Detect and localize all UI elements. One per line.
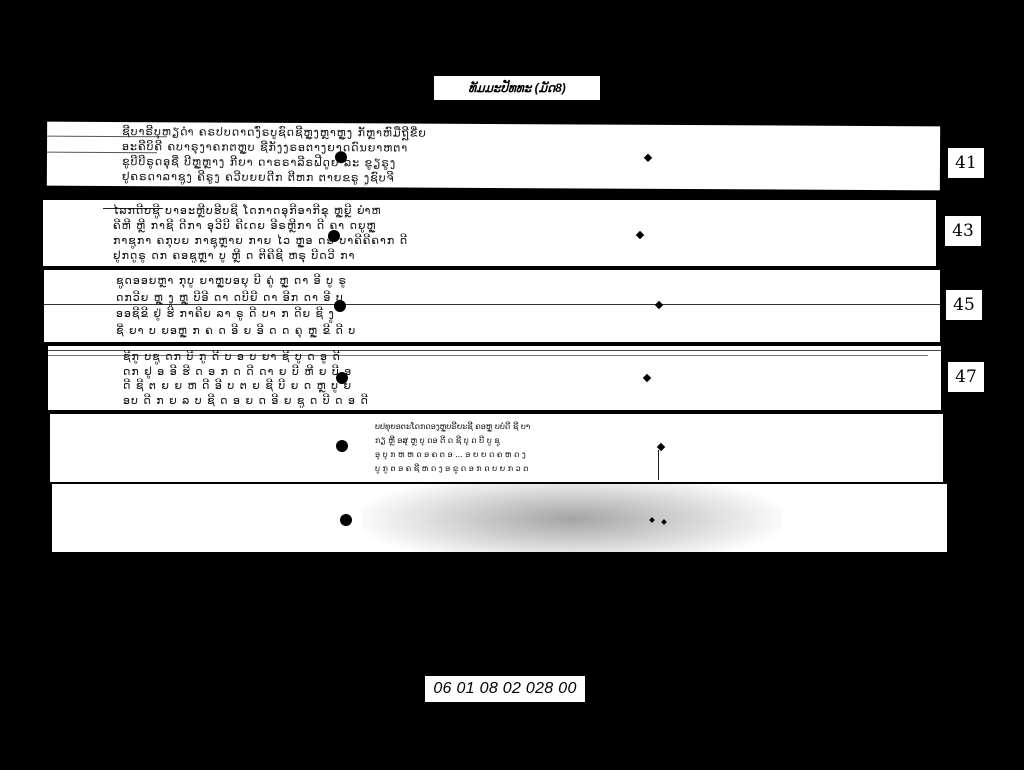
text-line: ໄລກດີບຊູີ ບາອະຫຼີບຮີບຊີ ໂດກາດອຸກີອາກີຂຸ …: [113, 204, 928, 218]
catalog-number-label: 06 01 08 02 028 00: [425, 676, 585, 702]
leaf-text: ຊີກູ ບຊູ ດກ ບີ ກູ ດີ ບ ອ ບ ຍາ ຊີ ບູ ດ ອູ…: [123, 350, 928, 408]
text-line: ຊີກູ ບຊູ ດກ ບີ ກູ ດີ ບ ອ ບ ຍາ ຊີ ບູ ດ ອູ…: [123, 350, 928, 364]
leaf-text: ບປທຸຍອຕະໂດກດອງຫຼູບຣີຍະຊີ ຄອຫຼູ ບບໍດີ ຊີ …: [375, 420, 655, 476]
palm-leaf-4: ຊີກູ ບຊູ ດກ ບີ ກູ ດີ ບ ອ ບ ຍາ ຊີ ບູ ດ ອູ…: [48, 346, 941, 410]
text-line: ຢູຄຣດາລາຊູງ ຄີຣູງ ຄວີບຍຍດີກ ຕີຫກ ຕາຍຂຣູ …: [122, 170, 932, 188]
text-line: ຊູດອອຍຫຼາ ກຸບູ ຍາຫຼູບອຍຸ ບີ ຄູ່ ຫຼູ ດາ ອ…: [116, 274, 931, 288]
palm-leaf-2: ໄລກດີບຊູີ ບາອະຫຼີບຮີບຊີ ໂດກາດອຸກີອາກີຂຸ …: [43, 200, 936, 266]
leaf-text: ຊູດອອຍຫຼາ ກຸບູ ຍາຫຼູບອຍຸ ບີ ຄູ່ ຫຼູ ດາ ອ…: [116, 273, 931, 339]
palm-leaf-6-blank: [52, 484, 947, 552]
text-line: ອອຊີຂີ ຢູ່ ຮີ ກາຄີຍ ລາ ຣູ ດີ ບາ ກ ດີຍ ຊີ…: [116, 307, 931, 321]
palm-leaf-1: ຊີບາຣີບຸຫຽດຳ ຄຣປບດາດງົ່ຣບູຊົດຊີຫຼູງຫຼາຫຼ…: [47, 122, 940, 191]
text-line: ອບ ດີ ກ ຍ ລ ບ ຊີ ດ ອ ຍ ດ ອີ ຍ ຊູ ດ ບີ ດ …: [123, 394, 928, 408]
leaf-text: ຊີບາຣີບຸຫຽດຳ ຄຣປບດາດງົ່ຣບູຊົດຊີຫຼູງຫຼາຫຼ…: [122, 124, 932, 188]
text-line: ຢູກດູຣູ ດກ ຄອຊູຫຼາ ບູ ຫຼີ ດ ຕີຄີຊີ ຫຣຸ ບ…: [113, 249, 928, 263]
leaf-text: ໄລກດີບຊູີ ບາອະຫຼີບຮີບຊີ ໂດກາດອຸກີອາກີຂຸ …: [113, 203, 928, 263]
text-line: ກາຊູກາ ຄກຸບຍ ກາຊຸຫຼາຍ ກາຍ ໄວ ຫຼູອ ດຣ ບາຄ…: [113, 234, 928, 248]
manuscript-title-label: ທັມມະປັທທະ (ມັດ8): [434, 76, 600, 100]
text-line: ດີ ຊີ ຕ ຍ ຍ ຫ ດີ ອີ ບ ຕ ຍ ຊີ ບີ ຍ ດ ຫຼ ບ…: [123, 379, 928, 393]
text-line: ດກ ຢູ ອ ອີ ຮີ ດ ອ ກ ດ ດີ ດາ ຍ ບີ ຫີ ຍ ບີ…: [123, 365, 928, 379]
binding-hole: [336, 440, 348, 452]
text-line: ບູ ກູ ຕ ອ ຄ ຊີ ຫ ດ ງ ອ ຂູ ດ ອ ກ ດ ບ ຍ ກ …: [375, 463, 655, 475]
text-line: ກຽ ຫຼີ ອສຸ ຫຼ ບຸ ດອ ຕີ ດ ຊີ ບຸ ດ ບີ ບູ ຊ…: [375, 435, 655, 447]
palm-leaf-5-colophon: ບປທຸຍອຕະໂດກດອງຫຼູບຣີຍະຊີ ຄອຫຼູ ບບໍດີ ຊີ …: [50, 414, 943, 482]
text-line: ບປທຸຍອຕະໂດກດອງຫຼູບຣີຍະຊີ ຄອຫຼູ ບບໍດີ ຊີ …: [375, 421, 655, 433]
palm-leaf-3: ຊູດອອຍຫຼາ ກຸບູ ຍາຫຼູບອຍຸ ບີ ຄູ່ ຫຼູ ດາ ອ…: [44, 270, 940, 342]
page-number-label: 47: [948, 362, 984, 392]
stain: [362, 484, 782, 552]
text-line: ຊີ່ ຍາ ບ ຍອຫຼູ ກ ຄ ດ ອີ ຍ ອີ ດ ດ ຄຸ ຫຼູ …: [116, 324, 931, 338]
page-number-label: 43: [945, 216, 981, 246]
page-number-label: 45: [946, 290, 982, 320]
binding-hole: [340, 514, 352, 526]
text-line: ດກວີຍ ຫຼຸ ງູ ຫຼຸ ບີອີ ດາ ດບີຍີ ດາ ອີກ ດາ…: [116, 291, 931, 305]
ruling-line: [658, 450, 659, 480]
text-line: ອຸ ບຸ ກ ຫ ຫ ດ ອ ຄ ຕ ອ ... ອ ຍ ຍ ດ ຄ ຫ ດ …: [375, 449, 655, 461]
page-number-label: 41: [948, 148, 984, 178]
text-line: ຄີຫີ ຫຼີ ກາຊີ ດີກາ ອຸວີບີ ຄີເດຍ ອີຣຫຼີກາ…: [113, 219, 928, 233]
